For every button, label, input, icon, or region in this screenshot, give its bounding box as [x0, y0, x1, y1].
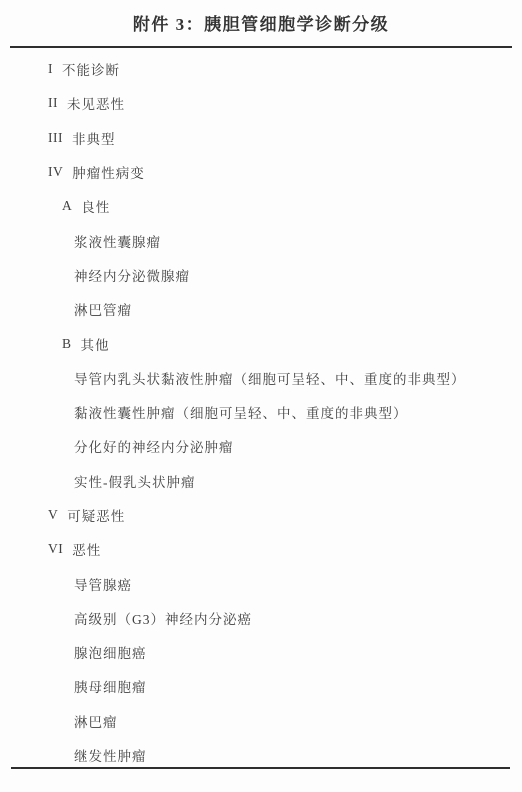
item-label: 淋巴瘤 [74, 711, 118, 731]
item-marker: B [62, 336, 72, 352]
list-item: I 不能诊断 [0, 52, 522, 86]
list-item: VI 恶性 [0, 532, 522, 566]
item-label: 神经内分泌微腺瘤 [74, 265, 190, 285]
list-item: 分化好的神经内分泌肿瘤 [0, 429, 522, 463]
item-marker: I [48, 61, 53, 77]
list-item: 淋巴管瘤 [0, 292, 522, 326]
item-label: 肿瘤性病变 [72, 162, 145, 182]
item-label: 导管腺癌 [74, 574, 132, 594]
list-item: 淋巴瘤 [0, 704, 522, 738]
page-title: 附件 3：胰胆管细胞学诊断分级 [0, 12, 522, 38]
title-underline [10, 46, 512, 48]
item-marker: III [48, 130, 63, 146]
list-item: V 可疑恶性 [0, 498, 522, 532]
list-item: 黏液性囊性肿瘤（细胞可呈轻、中、重度的非典型） [0, 395, 522, 429]
item-marker: VI [48, 541, 63, 557]
list-item: 导管腺癌 [0, 566, 522, 600]
list-item: 腺泡细胞癌 [0, 635, 522, 669]
item-label: 非典型 [72, 128, 116, 148]
list-item: 高级别（G3）神经内分泌癌 [0, 601, 522, 635]
item-marker: A [62, 198, 72, 214]
list-item: IV 肿瘤性病变 [0, 155, 522, 189]
item-label: 淋巴管瘤 [74, 299, 132, 319]
item-marker: II [48, 95, 58, 111]
item-marker: V [48, 507, 58, 523]
list-item: A 良性 [0, 189, 522, 223]
item-label: 高级别（G3）神经内分泌癌 [74, 608, 252, 628]
classification-list: I 不能诊断 II 未见恶性 III 非典型 IV 肿瘤性病变 A 良性 浆液性… [0, 52, 522, 772]
list-item: 浆液性囊腺瘤 [0, 223, 522, 257]
list-item: 胰母细胞瘤 [0, 669, 522, 703]
item-label: 良性 [81, 196, 110, 216]
item-label: 腺泡细胞癌 [74, 642, 147, 662]
item-label: 未见恶性 [67, 93, 125, 113]
bottom-rule [11, 767, 510, 769]
item-label: 实性-假乳头状肿瘤 [74, 471, 196, 491]
item-label: 可疑恶性 [67, 505, 125, 525]
item-marker: IV [48, 164, 63, 180]
item-label: 分化好的神经内分泌肿瘤 [74, 436, 234, 456]
item-label: 恶性 [72, 539, 101, 559]
item-label: 黏液性囊性肿瘤（细胞可呈轻、中、重度的非典型） [74, 402, 408, 422]
item-label: 浆液性囊腺瘤 [74, 231, 161, 251]
item-label: 胰母细胞瘤 [74, 676, 147, 696]
list-item: 实性-假乳头状肿瘤 [0, 464, 522, 498]
list-item: B 其他 [0, 326, 522, 360]
item-label: 继发性肿瘤 [74, 745, 147, 765]
item-label: 不能诊断 [62, 59, 120, 79]
item-label: 其他 [81, 334, 110, 354]
list-item: III 非典型 [0, 121, 522, 155]
document-page: 附件 3：胰胆管细胞学诊断分级 I 不能诊断 II 未见恶性 III 非典型 I… [0, 0, 522, 792]
list-item: 导管内乳头状黏液性肿瘤（细胞可呈轻、中、重度的非典型） [0, 361, 522, 395]
list-item: II 未见恶性 [0, 86, 522, 120]
item-label: 导管内乳头状黏液性肿瘤（细胞可呈轻、中、重度的非典型） [74, 368, 466, 388]
list-item: 神经内分泌微腺瘤 [0, 258, 522, 292]
